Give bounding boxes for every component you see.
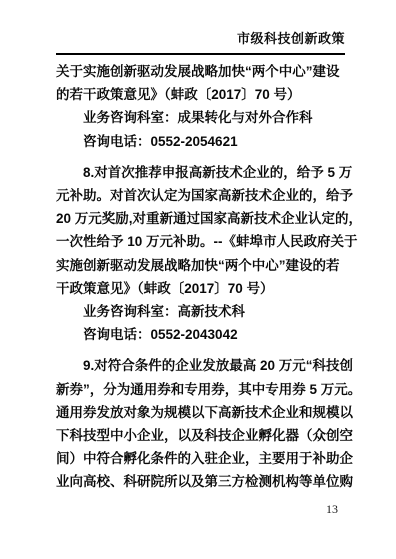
contact-department-line: 业务咨询科室：高新技术科 — [56, 300, 345, 323]
document-page: 市级科技创新政策 关于实施创新驱动发展战略加快“两个中心”建设 的若干政策意见》… — [0, 0, 396, 559]
text-line: 一次性给予 10 万元补助。--《蚌埠市人民政府关于 — [56, 230, 345, 253]
text-line: 实施创新驱动发展战略加快“两个中心”建设的若 — [56, 254, 345, 277]
page-footer: 13 — [56, 501, 345, 517]
text-line: 9.对符合条件的企业发放最高 20 万元“科技创 — [56, 354, 345, 377]
contact-department-line: 业务咨询科室：成果转化与对外合作科 — [56, 106, 345, 129]
running-header-title: 市级科技创新政策 — [237, 31, 345, 46]
text-line: 下科技型中小企业，以及科技企业孵化器（众创空 — [56, 424, 345, 447]
document-body: 关于实施创新驱动发展战略加快“两个中心”建设 的若干政策意见》（蚌政〔2017〕… — [56, 60, 345, 494]
page-number: 13 — [326, 502, 338, 516]
text-line: 的若干政策意见》（蚌政〔2017〕70 号） — [56, 83, 345, 106]
text-line: 通用券发放对象为规模以下高新技术企业和规模以 — [56, 401, 345, 424]
text-line: 干政策意见》（蚌政〔2017〕70 号） — [56, 277, 345, 300]
text-line: 间）中符合孵化条件的入驻企业，主要用于补助企 — [56, 447, 345, 470]
text-line: 新券”，分为通用券和专用券，其中专用券 5 万元。 — [56, 378, 345, 401]
page-content: 市级科技创新政策 关于实施创新驱动发展战略加快“两个中心”建设 的若干政策意见》… — [56, 0, 345, 494]
text-line: 8.对首次推荐申报高新技术企业的，给予 5 万 — [56, 161, 345, 184]
text-line: 关于实施创新驱动发展战略加快“两个中心”建设 — [56, 60, 345, 83]
text-line: 业向高校、科研院所以及第三方检测机构等单位购 — [56, 470, 345, 493]
text-line: 元补助。对首次认定为国家高新技术企业的，给予 — [56, 184, 345, 207]
contact-phone-line: 咨询电话：0552-2043042 — [56, 323, 345, 346]
running-header: 市级科技创新政策 — [56, 30, 345, 55]
text-line: 20 万元奖励,对重新通过国家高新技术企业认定的， — [56, 207, 345, 230]
contact-phone-line: 咨询电话：0552-2054621 — [56, 130, 345, 153]
